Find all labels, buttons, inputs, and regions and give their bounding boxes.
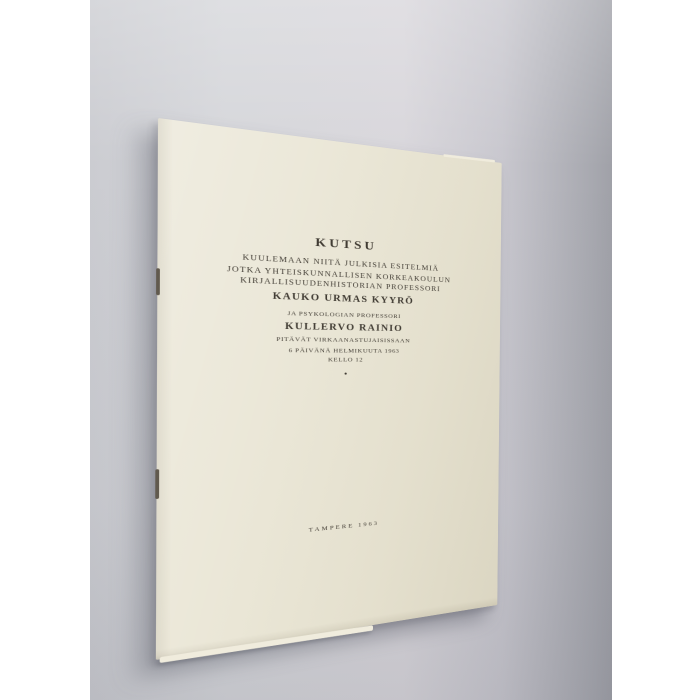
professor-name-1: KAUKO URMAS KYYRÖ [273, 291, 414, 306]
ornament-dot: • [344, 370, 347, 378]
connector-line: JA PSYKOLOGIAN PROFESSORI [288, 310, 401, 319]
imprint-line: TAMPERE 1963 [309, 520, 379, 533]
photo-frame: KUTSU KUULEMAAN NIITÄ JULKISIA ESITELMIÄ… [0, 0, 700, 700]
event-line-3: KELLO 12 [328, 357, 363, 363]
cover-text-block: KUTSU KUULEMAAN NIITÄ JULKISIA ESITELMIÄ… [156, 118, 502, 660]
booklet-cover: KUTSU KUULEMAAN NIITÄ JULKISIA ESITELMIÄ… [156, 118, 502, 660]
event-line-1: PITÄVÄT VIRKAANASTUJAISISSAAN [276, 336, 410, 344]
photo-background: KUTSU KUULEMAAN NIITÄ JULKISIA ESITELMIÄ… [90, 0, 612, 700]
event-line-2: 6 PÄIVÄNÄ HELMIKUUTA 1963 [289, 347, 400, 354]
booklet-title: KUTSU [315, 235, 377, 254]
professor-name-2: KULLERVO RAINIO [285, 322, 403, 334]
